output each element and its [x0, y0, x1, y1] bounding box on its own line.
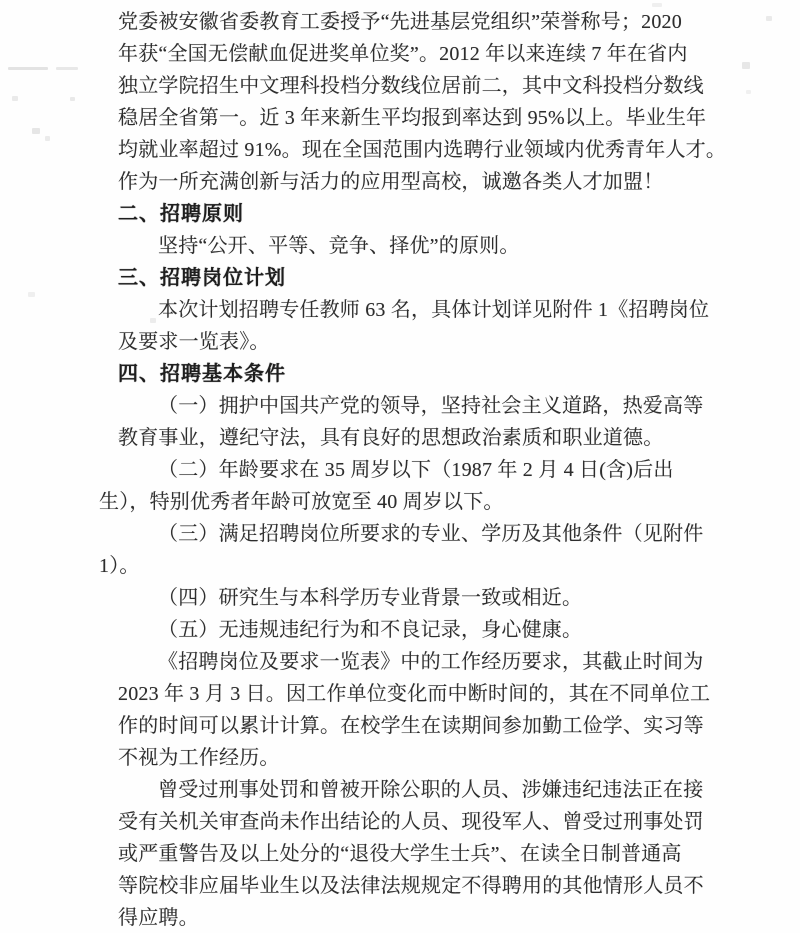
text-line: （四）研究生与本科学历专业背景一致或相近。	[118, 582, 718, 614]
scan-artifact	[746, 90, 751, 94]
text-line: 得应聘。	[118, 902, 718, 933]
text-line: 作为一所充满创新与活力的应用型高校，诚邀各类人才加盟！	[118, 166, 718, 198]
scan-artifact	[742, 62, 750, 69]
text-line: 教育事业，遵纪守法，具有良好的思想政治素质和职业道德。	[118, 422, 718, 454]
text-line: 不视为工作经历。	[118, 742, 718, 774]
text-line: 作的时间可以累计计算。在校学生在读期间参加勤工俭学、实习等	[118, 710, 718, 742]
text-line: （二）年龄要求在 35 周岁以下（1987 年 2 月 4 日(含)后出	[118, 454, 718, 486]
scan-artifact	[12, 96, 18, 101]
text-line: 曾受过刑事处罚和曾被开除公职的人员、涉嫌违纪违法正在接	[118, 774, 718, 806]
section-heading-position-plan: 三、招聘岗位计划	[118, 262, 718, 294]
text-line: 1）。	[99, 550, 718, 582]
text-line: 受有关机关审查尚未作出结论的人员、现役军人、曾受过刑事处罚	[118, 806, 718, 838]
text-line: 2023 年 3 月 3 日。因工作单位变化而中断时间的，其在不同单位工	[118, 678, 718, 710]
text-line: 及要求一览表》。	[118, 326, 718, 358]
text-line: 均就业率超过 91%。现在全国范围内选聘行业领域内优秀青年人才。	[118, 134, 718, 166]
scan-artifact	[32, 128, 40, 134]
scan-artifact	[56, 67, 78, 70]
text-line: 稳居全省第一。近 3 年来新生平均报到率达到 95%以上。毕业生年	[118, 102, 718, 134]
text-line: 独立学院招生中文理科投档分数线位居前二，其中文科投档分数线	[118, 70, 718, 102]
scan-artifact	[8, 67, 48, 70]
text-line: 坚持“公开、平等、竞争、择优”的原则。	[118, 230, 718, 262]
scan-artifact	[766, 16, 772, 21]
document-text-block: 党委被安徽省委教育工委授予“先进基层党组织”荣誉称号；2020 年获“全国无偿献…	[118, 6, 718, 933]
text-line: （五）无违规违纪行为和不良记录，身心健康。	[118, 614, 718, 646]
text-line: 年获“全国无偿献血促进奖单位奖”。2012 年以来连续 7 年在省内	[118, 38, 718, 70]
scan-artifact	[28, 292, 35, 297]
text-line: 党委被安徽省委教育工委授予“先进基层党组织”荣誉称号；2020	[118, 6, 718, 38]
section-heading-principles: 二、招聘原则	[118, 198, 718, 230]
text-line: 《招聘岗位及要求一览表》中的工作经历要求，其截止时间为	[118, 646, 718, 678]
scan-artifact	[45, 136, 50, 141]
document-page: 党委被安徽省委教育工委授予“先进基层党组织”荣誉称号；2020 年获“全国无偿献…	[0, 0, 800, 933]
text-line: 生），特别优秀者年龄可放宽至 40 周岁以下。	[99, 486, 718, 518]
text-line: 或严重警告及以上处分的“退役大学生士兵”、在读全日制普通高	[118, 838, 718, 870]
text-line: （一）拥护中国共产党的领导，坚持社会主义道路，热爱高等	[118, 390, 718, 422]
section-heading-basic-requirements: 四、招聘基本条件	[118, 358, 718, 390]
text-line: 本次计划招聘专任教师 63 名，具体计划详见附件 1《招聘岗位	[118, 294, 718, 326]
text-line: （三）满足招聘岗位所要求的专业、学历及其他条件（见附件	[118, 518, 718, 550]
text-line: 等院校非应届毕业生以及法律法规规定不得聘用的其他情形人员不	[118, 870, 718, 902]
scan-artifact	[70, 97, 75, 101]
